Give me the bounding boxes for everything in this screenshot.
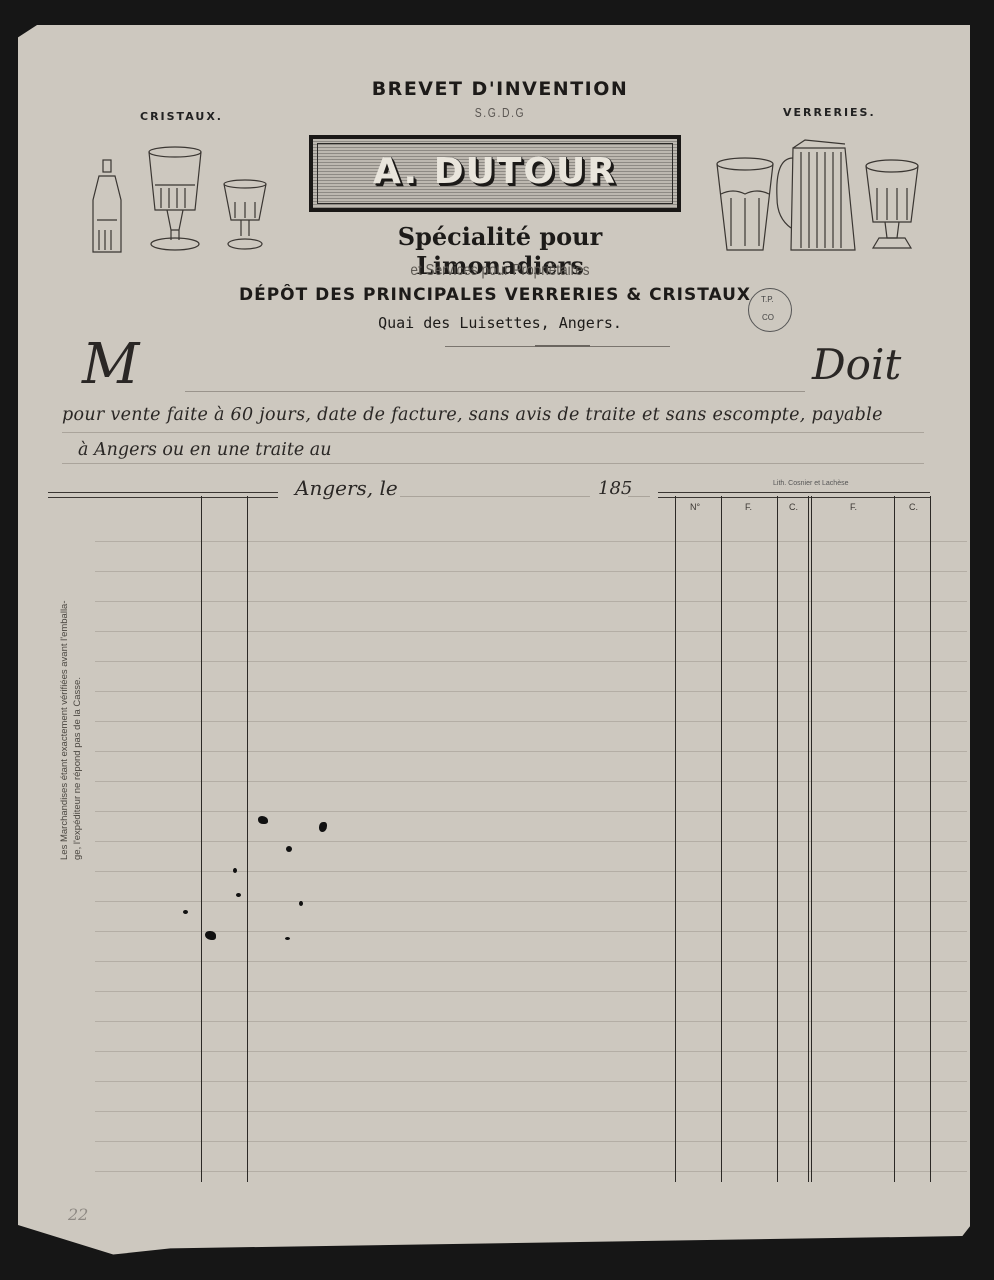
disclaimer-line-2: ge, l'expéditeur ne répond pas de la Cas… [71,600,84,860]
column-divider-6a [808,496,809,1182]
pitcher-icon [777,140,855,250]
archive-pencil-mark: 22 [68,1205,88,1224]
table-top-rule-left [48,492,278,498]
column-divider-2 [247,496,248,1182]
stamp-text-top: T.P. [761,295,774,304]
circular-stamp: T.P. CO [748,288,792,332]
year-field[interactable] [628,496,650,497]
column-divider-5 [777,496,778,1182]
recipient-name-field[interactable] [185,391,805,392]
company-name-banner: A. DUTOUR [309,135,681,212]
payment-terms-line1: pour vente faite à 60 jours, date de fac… [62,405,883,425]
footed-glass-icon [866,160,918,248]
patent-heading: BREVET D'INVENTION [340,78,660,100]
crystal-illustrations [85,140,305,260]
col-header-number: N° [690,502,700,512]
column-divider-8 [930,496,931,1182]
col-header-francs-2: F. [850,502,857,512]
glassware-illustrations [705,138,945,258]
column-divider-7 [894,496,895,1182]
column-divider-3 [675,496,676,1182]
salutation-m: M [82,332,139,397]
draft-term-field[interactable] [62,463,924,464]
sgdg-mark: S.G.D.G [452,105,548,120]
address-line: Quai des Luisettes, Angers. [330,314,670,332]
stamp-text-bottom: CO [762,313,774,322]
company-name: A. DUTOUR [313,151,677,192]
glassware-label: VERRERIES. [783,106,876,119]
carafe-icon [93,160,121,252]
date-field[interactable] [400,496,590,497]
services-line: et Services pour Propriétaires [356,262,645,280]
terms-rule-1 [62,432,924,433]
crystals-label: CRISTAUX. [140,110,223,123]
header-divider-accent [535,345,590,347]
goblet-icon [149,147,201,250]
small-goblet-icon [224,180,266,249]
col-header-centimes-2: C. [909,502,918,512]
date-place-label: Angers, le [295,476,398,500]
printer-credit: Lith. Cosnier et Lachèse [773,480,849,487]
col-header-centimes-1: C. [789,502,798,512]
tumbler-icon [717,158,773,250]
column-divider-6b [811,496,812,1182]
col-header-francs-1: F. [745,502,752,512]
column-divider-4 [721,496,722,1182]
disclaimer-line-1: Les Marchandises étant exactement vérifi… [58,600,71,860]
column-divider-1 [201,496,202,1182]
owes-label: Doit [812,340,901,389]
depot-line: DÉPÔT DES PRINCIPALES VERRERIES & CRISTA… [205,285,785,305]
payment-terms-line2: à Angers ou en une traite au [78,440,331,460]
table-top-rule-right [658,492,930,498]
breakage-disclaimer: Les Marchandises étant exactement vérifi… [58,600,84,860]
